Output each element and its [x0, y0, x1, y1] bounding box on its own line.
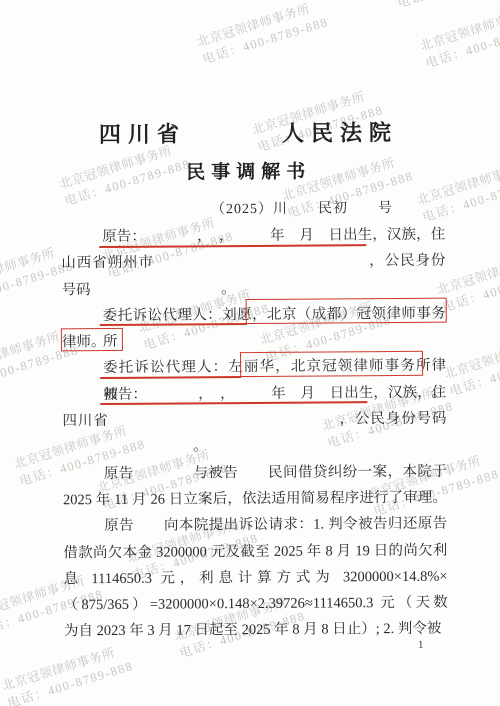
- court-province: 四川省: [99, 117, 186, 149]
- court-suffix: 人民法院: [282, 116, 398, 148]
- case-number: （2025）川 民初 号: [211, 197, 393, 218]
- body-line: 借款尚欠本金 3200000 元及截至 2025 年 8 月 19 日的尚欠利: [63, 537, 447, 566]
- page-number: 1: [418, 639, 424, 651]
- body-line: 委托诉讼代理人：刘愿，北京（成都）冠领律师事务所: [62, 301, 446, 330]
- scanned-legal-document: 北京冠领律师事务所电话：400-8789-888北京冠领律师事务所电话：400-…: [0, 0, 500, 706]
- body-line: 四川省 ，公民身份号码: [62, 406, 446, 435]
- body-line: 息 1114650.3 元，利息计算方式为 3200000×14.8%×: [63, 563, 447, 592]
- body-line: 。: [63, 432, 447, 461]
- body-line: 号码 。: [61, 274, 445, 303]
- body-line: 委托诉讼代理人：左丽华，北京冠领律师事务所律师。: [62, 353, 446, 382]
- document-type-title: 民事调解书: [0, 155, 499, 185]
- body-line: 原告 与被告 民间借贷纠纷一案，本院于: [63, 458, 447, 487]
- body-line: 被告： ， ， 年 月 日出生，汉族，住: [62, 379, 446, 408]
- body-line: （875/365）=3200000×0.148×2.39726≈1114650.…: [64, 590, 448, 619]
- document-content: 四川省 人民法院 民事调解书 （2025）川 民初 号 原告： ， ， 年 月 …: [0, 0, 500, 706]
- body-line: 2025 年 11 月 26 日立案后，依法适用简易程序进行了审理。: [63, 485, 447, 514]
- body-line: 原告 向本院提出诉讼请求：1. 判令被告归还原告: [63, 511, 447, 540]
- document-body: 原告： ， ， 年 月 日出生，汉族，住山西省朔州市 ，公民身份号码 。委托诉讼…: [61, 222, 448, 645]
- court-title: 四川省 人民法院: [0, 115, 499, 149]
- body-line: 原告： ， ， 年 月 日出生，汉族，住: [61, 222, 445, 251]
- body-line: 律师。: [62, 327, 446, 356]
- body-line: 为自 2023 年 3 月 17 日起至 2025 年 8 月 8 日止）; 2…: [64, 616, 448, 645]
- body-line: 山西省朔州市 ，公民身份: [61, 248, 445, 277]
